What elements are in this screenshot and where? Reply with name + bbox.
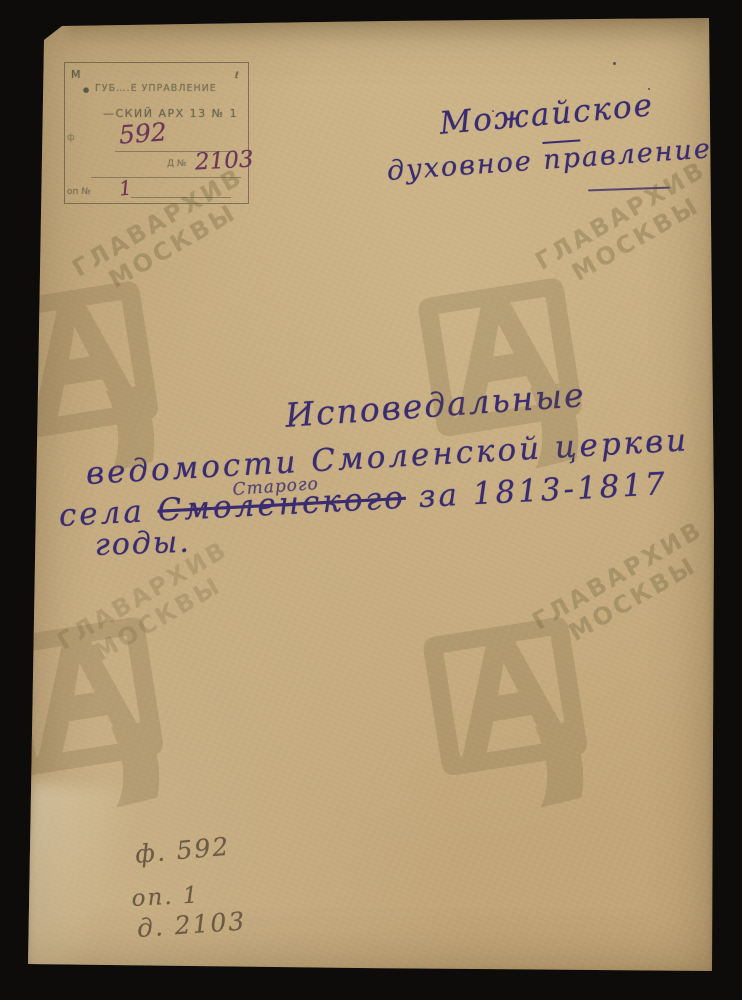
watermark-text-line2: МОСКВЫ [564, 527, 742, 647]
stamp-opis-label: оп № [67, 187, 91, 197]
title-line3-part2: за 1813-1817 [405, 466, 669, 516]
stamp-fond-number: 592 [118, 117, 168, 149]
glavarkhiv-logo-icon [0, 600, 187, 835]
stamp-corner-letter: М [71, 68, 81, 81]
header-line2-part2: авление [581, 133, 713, 173]
stamp-fond-label: ф [67, 133, 75, 143]
watermark-text: ГЛАВАРХИВ МОСКВЫ [528, 516, 722, 660]
footer-delo-ref: д. 2103 [136, 906, 247, 943]
scanner-background: М ℓ ● ГУБ….Е УПРАВЛЕНИЕ —СКИЙ АРХ 13 № 1… [0, 0, 742, 1000]
ink-speck [613, 62, 616, 65]
watermark-text: ГЛАВАРХИВ МОСКВЫ [531, 156, 725, 300]
archive-stamp: М ℓ ● ГУБ….Е УПРАВЛЕНИЕ —СКИЙ АРХ 13 № 1… [64, 62, 249, 204]
stamp-corner-mark: ℓ [235, 71, 239, 81]
ink-speck [648, 88, 650, 90]
ink-speck [492, 110, 494, 112]
document-paper: М ℓ ● ГУБ….Е УПРАВЛЕНИЕ —СКИЙ АРХ 13 № 1… [28, 18, 714, 974]
watermark-text-line2: МОСКВЫ [89, 547, 269, 667]
paper-stain [68, 18, 708, 44]
stamp-delo-number: 2103 [194, 146, 254, 175]
header-office-line1: Можайское [438, 87, 655, 142]
footer-fond-ref: ф. 592 [134, 832, 231, 869]
header-line2-overlined: пр [542, 139, 583, 176]
ink-flourish [588, 187, 670, 192]
header-office-line2: духовное правление [386, 133, 713, 187]
title-line1: Исповедальные [284, 375, 587, 435]
header-line2-part1: духовное [386, 145, 544, 187]
stamp-rule [131, 197, 231, 198]
stamp-line1: ГУБ….Е УПРАВЛЕНИЕ [95, 83, 217, 94]
footer-opis-ref: оп. 1 [131, 882, 200, 912]
glavarkhiv-logo-icon [406, 600, 612, 835]
stamp-delo-prefix: Д № [167, 159, 186, 169]
stamp-line2: —СКИЙ АРХ 13 № 1 [103, 107, 238, 120]
title-line4: годы. [94, 525, 191, 563]
watermark-text-line2: МОСКВЫ [567, 167, 742, 287]
paper-stain [12, 782, 161, 985]
watermark-text-line1: ГЛАВАРХИВ [528, 515, 708, 635]
stamp-bullet: ● [83, 86, 89, 94]
stamp-rule [91, 177, 241, 178]
